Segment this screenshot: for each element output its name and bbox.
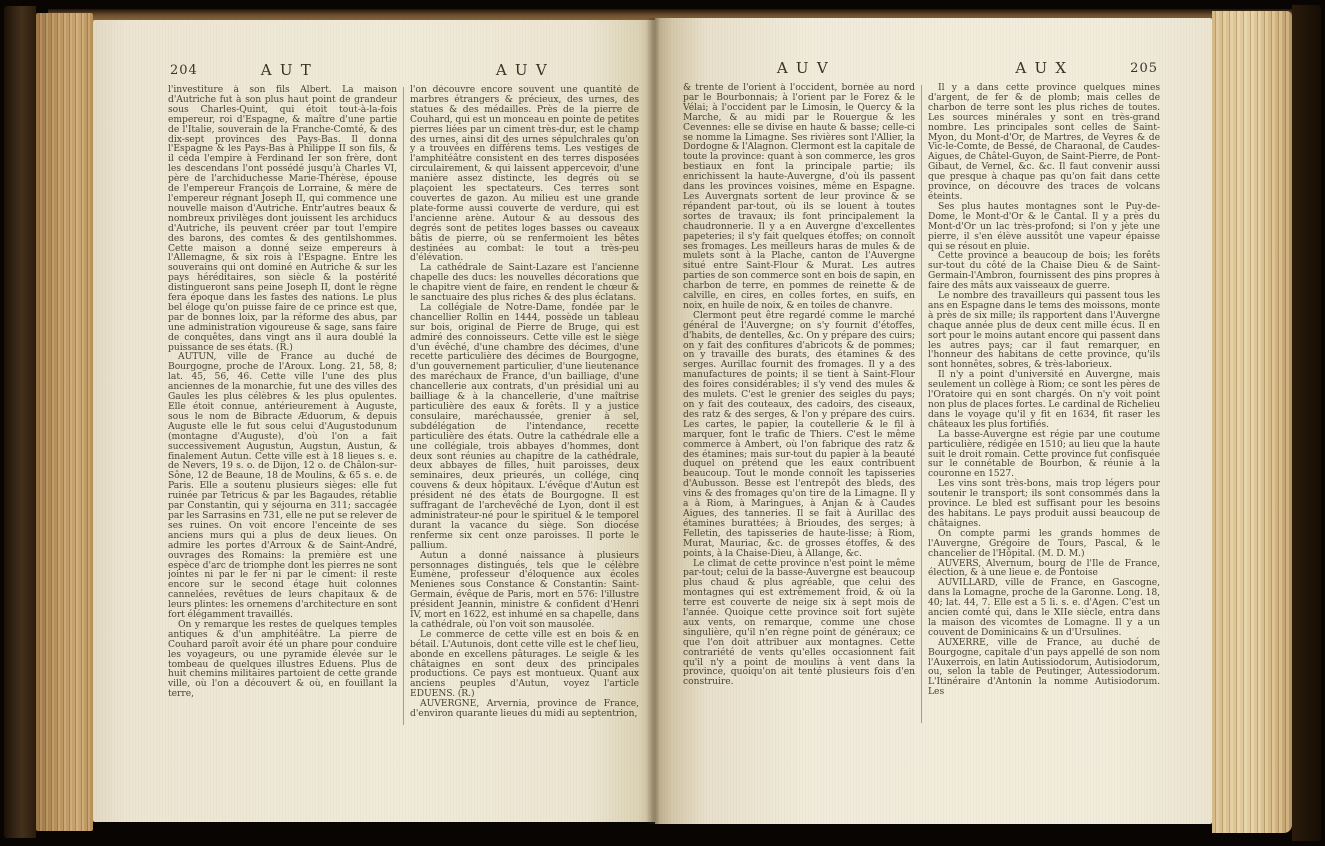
page-left-header: 204 AUT AUV	[168, 60, 639, 81]
book-gutter-shadow	[646, 18, 660, 824]
text-column: Il y a dans cette province quelques mine…	[928, 83, 1160, 723]
column-rule	[921, 85, 922, 723]
paragraph: Le commerce de cette ville est en bois &…	[410, 630, 639, 699]
book-cover-left	[4, 6, 36, 838]
paragraph: Cette province a beaucoup de bois; les f…	[928, 251, 1160, 291]
text-column: & trente de l'orient à l'occident, borné…	[683, 83, 915, 723]
paragraph: l'on découvre encore souvent une quantit…	[410, 85, 639, 263]
paragraph: Autun a donné naissance à plusieurs pers…	[410, 551, 639, 630]
column-rule	[403, 87, 404, 725]
book-scan-photo: { "colors": { "bg": "#080503", "page": "…	[0, 0, 1325, 846]
book-cover-right	[1292, 5, 1321, 841]
running-head: AUV	[496, 61, 555, 79]
running-head: AUX	[1015, 59, 1074, 77]
paragraph: La collégiale de Notre-Dame, fondée par …	[410, 303, 639, 551]
paragraph: La basse-Auvergne est régie par une cout…	[928, 430, 1160, 480]
paragraph: La cathédrale de Saint-Lazare est l'anci…	[410, 263, 639, 303]
paragraph: Il n'y a point d'université en Auvergne,…	[928, 370, 1160, 429]
page-left: 204 AUT AUV l'investiture à son fils Alb…	[93, 20, 655, 822]
paragraph: l'investiture à son fils Albert. La mais…	[168, 85, 397, 352]
running-head: AUT	[261, 61, 319, 79]
paragraph: AUVERGNE, Arvernia, province de France, …	[410, 699, 639, 719]
page-number: 205	[1130, 61, 1158, 76]
paragraph: AUXERRE, ville de France, au duché de Bo…	[928, 638, 1160, 697]
paragraph: AUVILLARD, ville de France, en Gascogne,…	[928, 578, 1160, 637]
paragraph: On y remarque les restes de quelques tem…	[168, 620, 397, 699]
paragraph: Le nombre des travailleurs qui passent t…	[928, 291, 1160, 370]
paragraph: Il y a dans cette province quelques mine…	[928, 83, 1160, 202]
text-column: l'investiture à son fils Albert. La mais…	[168, 85, 397, 725]
paragraph: & trente de l'orient à l'occident, borné…	[683, 83, 915, 311]
paragraph: AUTUN, ville de France au duché de Bourg…	[168, 352, 397, 619]
running-head: AUV	[777, 59, 836, 77]
paragraph: Clermont peut être regardé comme le marc…	[683, 311, 915, 559]
paragraph: Ses plus hautes montagnes sont le Puy-de…	[928, 202, 1160, 252]
page-right-header: AUV AUX 205	[683, 58, 1160, 79]
page-right: AUV AUX 205 & trente de l'orient à l'occ…	[655, 18, 1212, 824]
paragraph: AUVERS, Alvernum, bourg de l'Ile de Fran…	[928, 559, 1160, 579]
text-column: l'on découvre encore souvent une quantit…	[410, 85, 639, 725]
paragraph: Le climat de cette province n'est point …	[683, 559, 915, 688]
page-edges-right	[1212, 11, 1292, 833]
page-edges-left	[36, 13, 93, 831]
paragraph: Les vins sont très-bons, mais trop léger…	[928, 479, 1160, 529]
paragraph: On compte parmi les grands hommes de l'A…	[928, 529, 1160, 559]
